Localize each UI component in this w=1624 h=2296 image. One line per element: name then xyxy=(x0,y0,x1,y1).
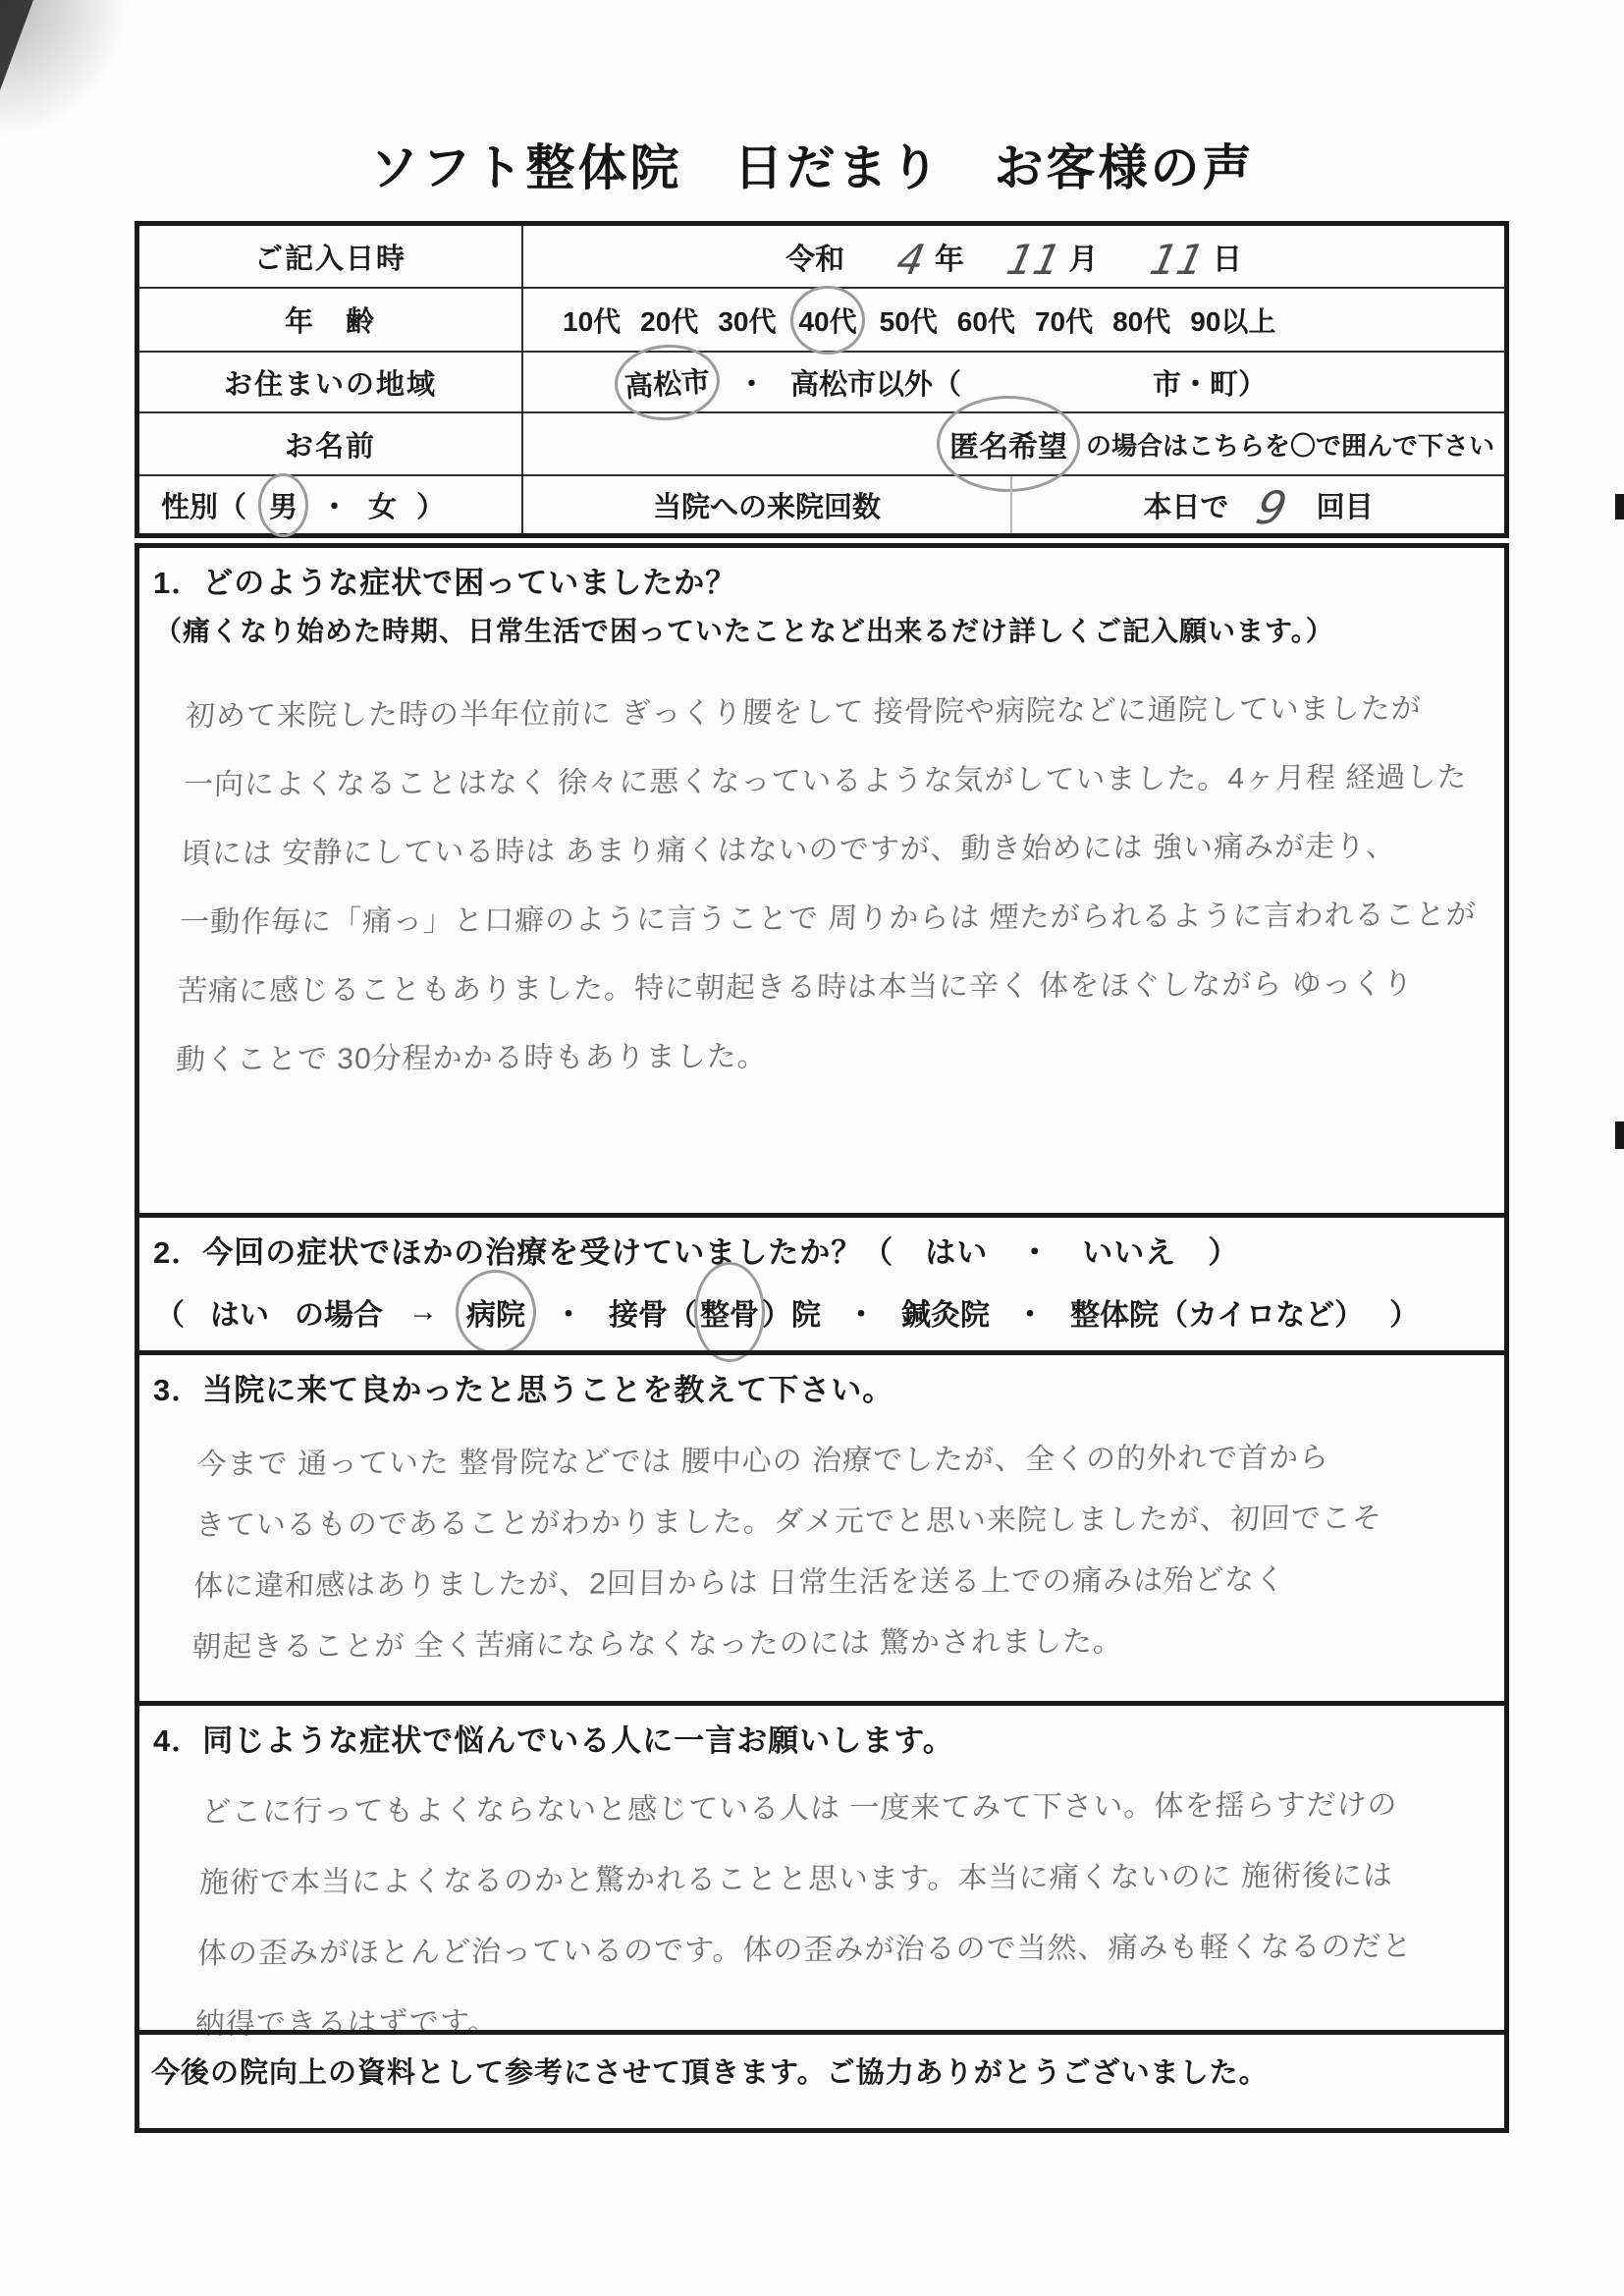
scan-artifact-edge-mark xyxy=(1615,1121,1624,1149)
area-option-city: 高松市 xyxy=(623,359,712,406)
area-option-other: 高松市以外（ xyxy=(790,362,961,403)
handwritten-year: 4 xyxy=(893,236,929,284)
visits-label: 当院への来院回数 xyxy=(653,485,881,525)
question4-answer: どこに行ってもよくならないと感じている人は 一度来てみて下さい。体を揺らすだけの… xyxy=(194,1770,1493,2060)
pen-circle-hospital: 病院 xyxy=(456,1270,536,1354)
anonymous-option: 匿名希望 xyxy=(949,422,1067,465)
handwritten-line: 動くことで 30分程かかる時もありました。 xyxy=(175,1018,1486,1095)
handwritten-line: 一動作毎に「痛っ」と口癖のように言うことで 周りからは 煙たがられるように言われ… xyxy=(179,881,1489,957)
question1-section: 1．どのような症状で困っていましたか？ （痛くなり始めた時期、日常生活で困ってい… xyxy=(135,543,1509,1218)
pen-circle-seikotsu: 整骨 xyxy=(694,1262,765,1362)
pen-circle-age-40s: 40代 xyxy=(790,286,864,355)
handwritten-line: 一向によくなることはなく 徐々に悪くなっているような気がしていました。4ヶ月程 … xyxy=(183,743,1493,820)
day-unit: 日 xyxy=(1213,235,1242,278)
date-label: ご記入日時 xyxy=(139,226,523,287)
area-label: お住まいの地域 xyxy=(139,353,523,411)
age-option: 20代 xyxy=(640,301,698,340)
name-label: お名前 xyxy=(139,413,523,474)
gender-option-male: 男 xyxy=(269,485,298,525)
bonesetter-open: 接骨（ xyxy=(609,1299,697,1332)
visits-label-cell: 当院への来院回数 xyxy=(523,476,1012,533)
gender-label-close: ） xyxy=(416,485,445,525)
form-header-table: ご記入日時 令和 4 年 11 月 11 日 年 齢 10代 20代 30代 4… xyxy=(135,221,1509,538)
era-label: 令和 xyxy=(785,235,844,278)
option-bonesetter: 接骨（整骨）院 xyxy=(609,1287,821,1337)
question3-answer: 今まで 通っていた 整骨院などでは 腰中心の 治療でしたが、全くの的外れで首から… xyxy=(190,1427,1492,1678)
age-option: 80代 xyxy=(1112,301,1170,340)
handwritten-line: 今まで 通っていた 整骨院などでは 腰中心の 治療でしたが、全くの的外れで首から xyxy=(196,1427,1493,1496)
handwritten-line: 体の歪みがほとんど治っているのです。体の歪みが治るので当然、痛みも軽くなるのだと xyxy=(196,1911,1489,1990)
age-option: 30代 xyxy=(718,301,776,340)
handwritten-line: 朝起きることが 全く苦痛にならなくなったのには 驚かされました。 xyxy=(190,1610,1488,1678)
close-paren: ） xyxy=(1389,1290,1419,1334)
separator-dot: ・ xyxy=(737,362,766,403)
date-value-cell: 令和 4 年 11 月 11 日 xyxy=(523,226,1504,287)
page-title: ソフト整体院 日だまり お客様の声 xyxy=(0,129,1624,199)
age-label: 年 齢 xyxy=(139,289,523,351)
question3-section: 3．当院に来て良かったと思うことを教えて下さい。 今まで 通っていた 整骨院など… xyxy=(135,1350,1509,1706)
pen-circle-city: 高松市 xyxy=(612,341,722,423)
age-option-selected: 40代 xyxy=(798,301,856,340)
handwritten-line: 初めて来院した時の半年位前に ぎっくり腰をして 接骨院や病院などに通院していまし… xyxy=(185,675,1495,751)
open-paren: （ xyxy=(155,1290,185,1334)
anonymous-note: の場合はこちらを〇で囲んで下さい xyxy=(1086,426,1494,463)
option-hospital: 病院 xyxy=(466,1290,525,1334)
gender-option-female: 女 xyxy=(368,485,397,525)
age-option: 50代 xyxy=(880,301,938,340)
arrow-icon: → xyxy=(408,1295,438,1329)
gender-label-open: 性別（ xyxy=(161,485,246,525)
visits-count-cell: 本日で 9 回目 xyxy=(1012,476,1504,533)
handwritten-line: 体に違和感はありましたが、2回目からは 日常生活を送る上での痛みは殆どなく xyxy=(192,1549,1489,1617)
age-row: 年 齢 10代 20代 30代 40代 50代 60代 70代 80代 90以上 xyxy=(139,289,1504,353)
bonesetter-close: ）院 xyxy=(762,1299,821,1332)
count-unit: 回目 xyxy=(1317,485,1374,525)
handwritten-day: 11 xyxy=(1147,236,1210,284)
scan-artifact-corner-fold xyxy=(0,0,33,90)
separator-dot: ・ xyxy=(554,1290,583,1334)
age-option: 90以上 xyxy=(1190,301,1275,340)
question4-heading: 4．同じような症状で悩んでいる人に一言お願いします。 xyxy=(139,1706,1504,1760)
handwritten-line: きているものであることがわかりました。ダメ元でと思い来院しましたが、初回でこそ xyxy=(194,1488,1491,1557)
option-acupuncture: 鍼灸院 xyxy=(901,1290,990,1334)
footer-note: 今後の院向上の資料として参考にさせて頂きます。ご協力ありがとうございました。 xyxy=(139,2035,1504,2091)
age-option: 60代 xyxy=(957,301,1015,340)
name-row: お名前 匿名希望 の場合はこちらを〇で囲んで下さい xyxy=(139,413,1504,476)
question1-answer: 初めて来院した時の半年位前に ぎっくり腰をして 接骨院や病院などに通院していまし… xyxy=(175,675,1495,1095)
question2-options: （ はい の場合 → 病院 ・ 接骨（整骨）院 ・ 鍼灸院 ・ 整体院（カイロな… xyxy=(139,1272,1504,1337)
handwritten-visit-count: 9 xyxy=(1252,481,1292,534)
separator-dot: ・ xyxy=(1015,1290,1045,1334)
footer-section: 今後の院向上の資料として参考にさせて頂きます。ご協力ありがとうございました。 xyxy=(135,2030,1509,2133)
name-value-cell: 匿名希望 の場合はこちらを〇で囲んで下さい xyxy=(523,413,1504,474)
separator-dot: ・ xyxy=(846,1290,876,1334)
age-options-cell: 10代 20代 30代 40代 50代 60代 70代 80代 90以上 xyxy=(523,289,1504,351)
case-label: の場合 xyxy=(295,1290,383,1334)
pen-circle-male: 男 xyxy=(258,473,308,537)
handwritten-line: 苦痛に感じることもありました。特に朝起きる時は本当に辛く 体をほぐしながら ゆっ… xyxy=(177,950,1488,1026)
handwritten-month: 11 xyxy=(1002,236,1065,284)
question2-section: 2．今回の症状でほかの治療を受けていましたか？（ はい ・ いいえ ） （ はい… xyxy=(135,1213,1509,1355)
question3-heading: 3．当院に来て良かったと思うことを教えて下さい。 xyxy=(139,1355,1504,1409)
scan-artifact-edge-mark xyxy=(1615,494,1624,519)
handwritten-line: どこに行ってもよくならないと感じている人は 一度来てみて下さい。体を揺らすだけの xyxy=(200,1770,1493,1848)
area-row: お住まいの地域 高松市 ・ 高松市以外（ 市・町） xyxy=(139,353,1504,413)
option-seitai: 整体院（カイロなど） xyxy=(1070,1290,1364,1334)
today-label: 本日で xyxy=(1143,485,1228,525)
gender-cell: 性別（ 男 ・ 女 ） xyxy=(139,476,523,533)
question1-note: （痛くなり始めた時期、日常生活で困っていたことなど出来るだけ詳しくご記入願います… xyxy=(139,602,1504,649)
scanned-feedback-form: ソフト整体院 日だまり お客様の声 ご記入日時 令和 4 年 11 月 11 日… xyxy=(0,0,1624,2296)
question2-heading: 2．今回の症状でほかの治療を受けていましたか？（ はい ・ いいえ ） xyxy=(139,1218,1504,1272)
question1-heading: 1．どのような症状で困っていましたか？ xyxy=(139,548,1504,602)
gender-visits-row: 性別（ 男 ・ 女 ） 当院への来院回数 本日で 9 回目 xyxy=(139,476,1504,533)
age-option: 10代 xyxy=(563,301,621,340)
option-seikotsu: 整骨 xyxy=(700,1290,759,1334)
handwritten-line: 施術で本当によくなるのかと驚かれることと思います。本当に痛くないのに 施術後には xyxy=(198,1840,1491,1919)
handwritten-line: 頃には 安静にしている時は あまり痛くはないのですが、動き始めには 強い痛みが走… xyxy=(181,812,1491,889)
age-option: 70代 xyxy=(1035,301,1093,340)
month-unit: 月 xyxy=(1068,235,1098,278)
date-row: ご記入日時 令和 4 年 11 月 11 日 xyxy=(139,226,1504,289)
year-unit: 年 xyxy=(935,235,964,278)
question4-section: 4．同じような症状で悩んでいる人に一言お願いします。 どこに行ってもよくならない… xyxy=(135,1701,1509,2035)
area-other-close: 市・町） xyxy=(1153,362,1267,403)
separator-dot: ・ xyxy=(320,485,349,525)
yes-label: はい xyxy=(210,1290,269,1334)
